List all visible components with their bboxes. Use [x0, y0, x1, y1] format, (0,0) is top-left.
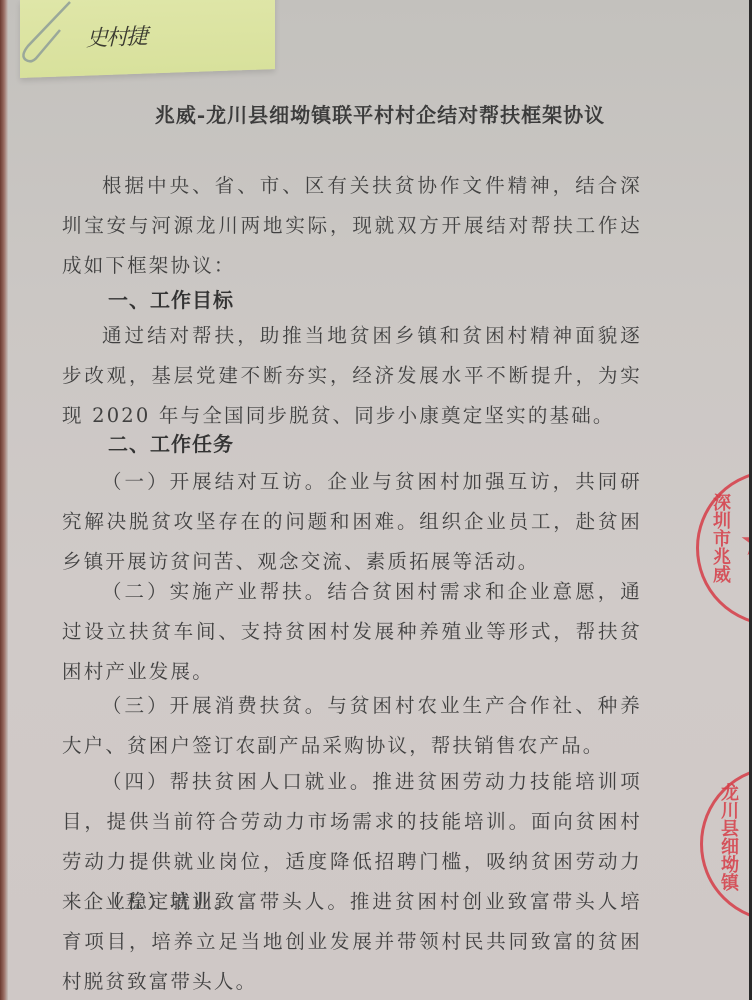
task-item-3: （三）开展消费扶贫。与贫困村农业生产合作社、种养大户、贫困户签订农副产品采购协议… [62, 686, 642, 766]
company-seal-stamp: 深圳市兆威 ★ [696, 470, 752, 626]
task-item-5: （五）培训致富带头人。推进贫困村创业致富带头人培育项目，培养立足当地创业发展并带… [62, 882, 642, 1000]
town-seal-text: 龙川县细坳镇 [715, 783, 741, 891]
sticky-note-handwriting: 史村捷 [86, 20, 146, 53]
intro-paragraph: 根据中央、省、市、区有关扶贫协作文件精神，结合深圳宝安与河源龙川两地实际，现就双… [62, 166, 642, 286]
section-heading-tasks: 二、工作任务 [108, 428, 234, 457]
document-title: 兆威-龙川县细坳镇联平村村企结对帮扶框架协议 [8, 99, 752, 128]
town-seal-stamp: 龙川县细坳镇 [700, 766, 752, 922]
task-item-2: （二）实施产业帮扶。结合贫困村需求和企业意愿，通过设立扶贫车间、支持贫困村发展种… [62, 572, 642, 692]
section-heading-goals: 一、工作目标 [108, 284, 234, 313]
paperclip-icon [14, 0, 74, 66]
page-edge-left [0, 0, 8, 1000]
task-item-1: （一）开展结对互访。企业与贫困村加强互访，共同研究解决脱贫攻坚存在的问题和困难。… [62, 462, 642, 582]
document-page: 史村捷 兆威-龙川县细坳镇联平村村企结对帮扶框架协议 根据中央、省、市、区有关扶… [8, 0, 752, 1000]
goals-paragraph: 通过结对帮扶，助推当地贫困乡镇和贫困村精神面貌逐步改观，基层党建不断夯实，经济发… [62, 316, 642, 436]
company-seal-text: 深圳市兆威 [707, 493, 733, 583]
